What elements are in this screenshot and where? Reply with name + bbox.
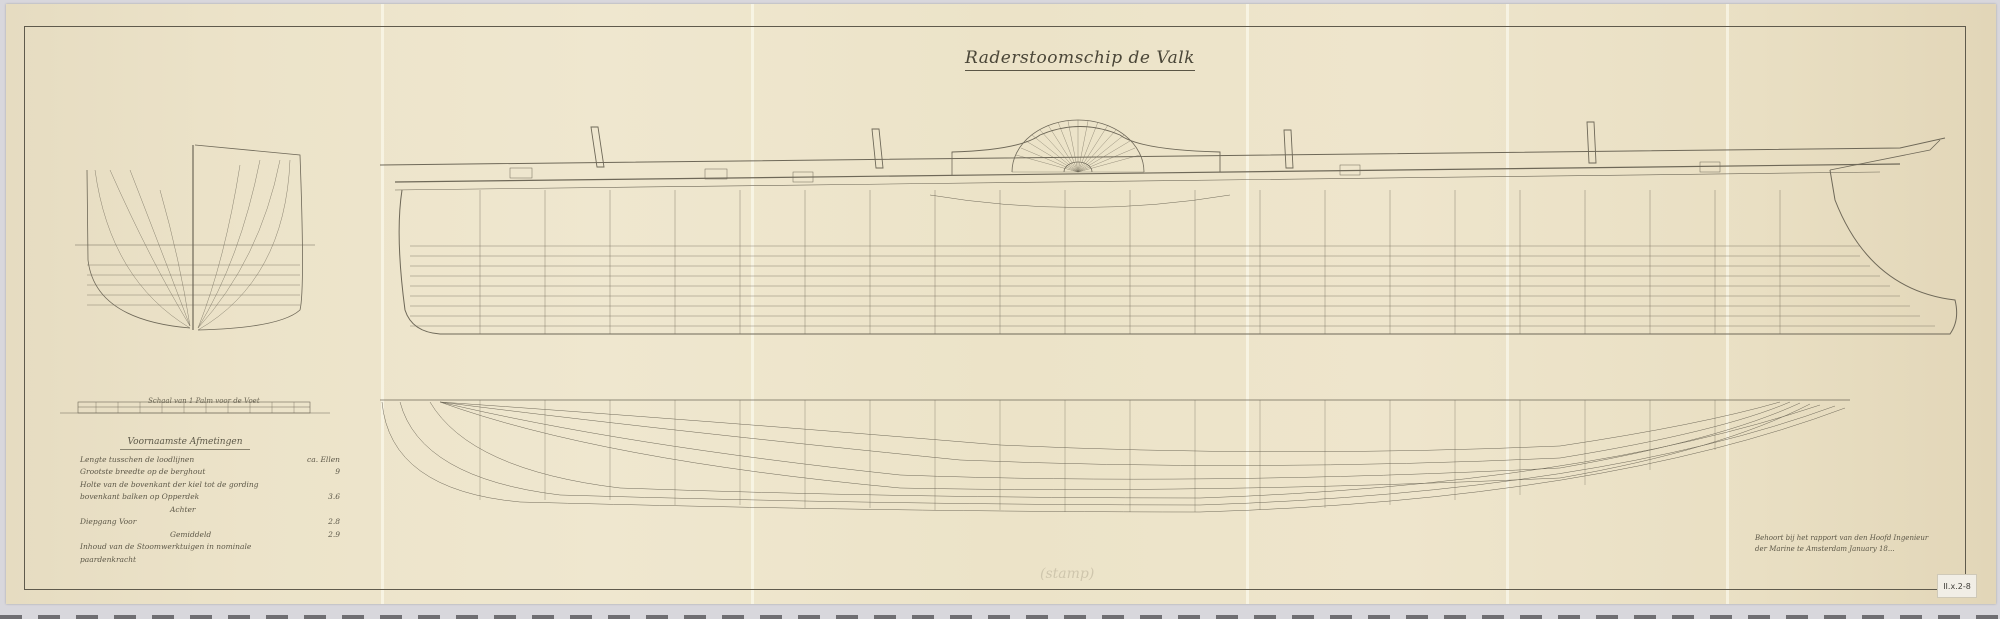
legend-value: 9 xyxy=(300,466,340,479)
legend-value: 2.8 xyxy=(300,516,340,529)
legend-row: Grootste breedte op de berghout9 xyxy=(80,466,340,479)
signature-note: Behoort bij het rapport van den Hoofd In… xyxy=(1755,533,1985,555)
legend-label: bovenkant balken op Opperdek xyxy=(80,491,199,504)
legend-value xyxy=(300,504,340,517)
signature-line: Behoort bij het rapport van den Hoofd In… xyxy=(1755,533,1985,544)
legend-label: Diepgang Voor xyxy=(80,516,136,529)
legend-label: Gemiddeld xyxy=(80,529,211,542)
legend-value: 3.6 xyxy=(300,491,340,504)
archive-label: II.x.2-8 xyxy=(1937,574,1977,598)
legend-row: Diepgang Voor2.8 xyxy=(80,516,340,529)
paddle-box xyxy=(930,120,1230,208)
legend-label: Holte van de bovenkant der kiel tot de g… xyxy=(80,479,259,492)
legend-label: Achter xyxy=(80,504,196,517)
legend-value xyxy=(300,479,340,492)
sheer-plan xyxy=(380,120,1957,334)
legend-label: Inhoud van de Stoomwerktuigen in nominal… xyxy=(80,541,301,566)
legend-value: 2.9 xyxy=(300,529,340,542)
measure-strip xyxy=(0,615,2000,619)
dimensions-legend: Voornaamste Afmetingen Lengte tusschen d… xyxy=(80,436,340,566)
legend-row: Lengte tusschen de loodlijnenca. Ellen xyxy=(80,454,340,467)
legend-value: ca. Ellen xyxy=(300,454,340,467)
archive-stamp: (stamp) xyxy=(1040,566,1094,582)
half-breadth-plan xyxy=(380,400,1850,512)
legend-heading: Voornaamste Afmetingen xyxy=(120,436,250,450)
legend-row: Achter xyxy=(80,504,340,517)
legend-row: Gemiddeld2.9 xyxy=(80,529,340,542)
scale-caption: Schaal van 1 Palm voor de Voet xyxy=(148,397,260,405)
legend-label: Lengte tusschen de loodlijnen xyxy=(80,454,194,467)
legend-row: Holte van de bovenkant der kiel tot de g… xyxy=(80,479,340,492)
legend-row: Inhoud van de Stoomwerktuigen in nominal… xyxy=(80,541,340,566)
legend-label: Grootste breedte op de berghout xyxy=(80,466,205,479)
legend-value xyxy=(301,541,340,566)
legend-row: bovenkant balken op Opperdek3.6 xyxy=(80,491,340,504)
signature-line: der Marine te Amsterdam January 18... xyxy=(1755,544,1985,555)
body-plan xyxy=(75,145,315,330)
